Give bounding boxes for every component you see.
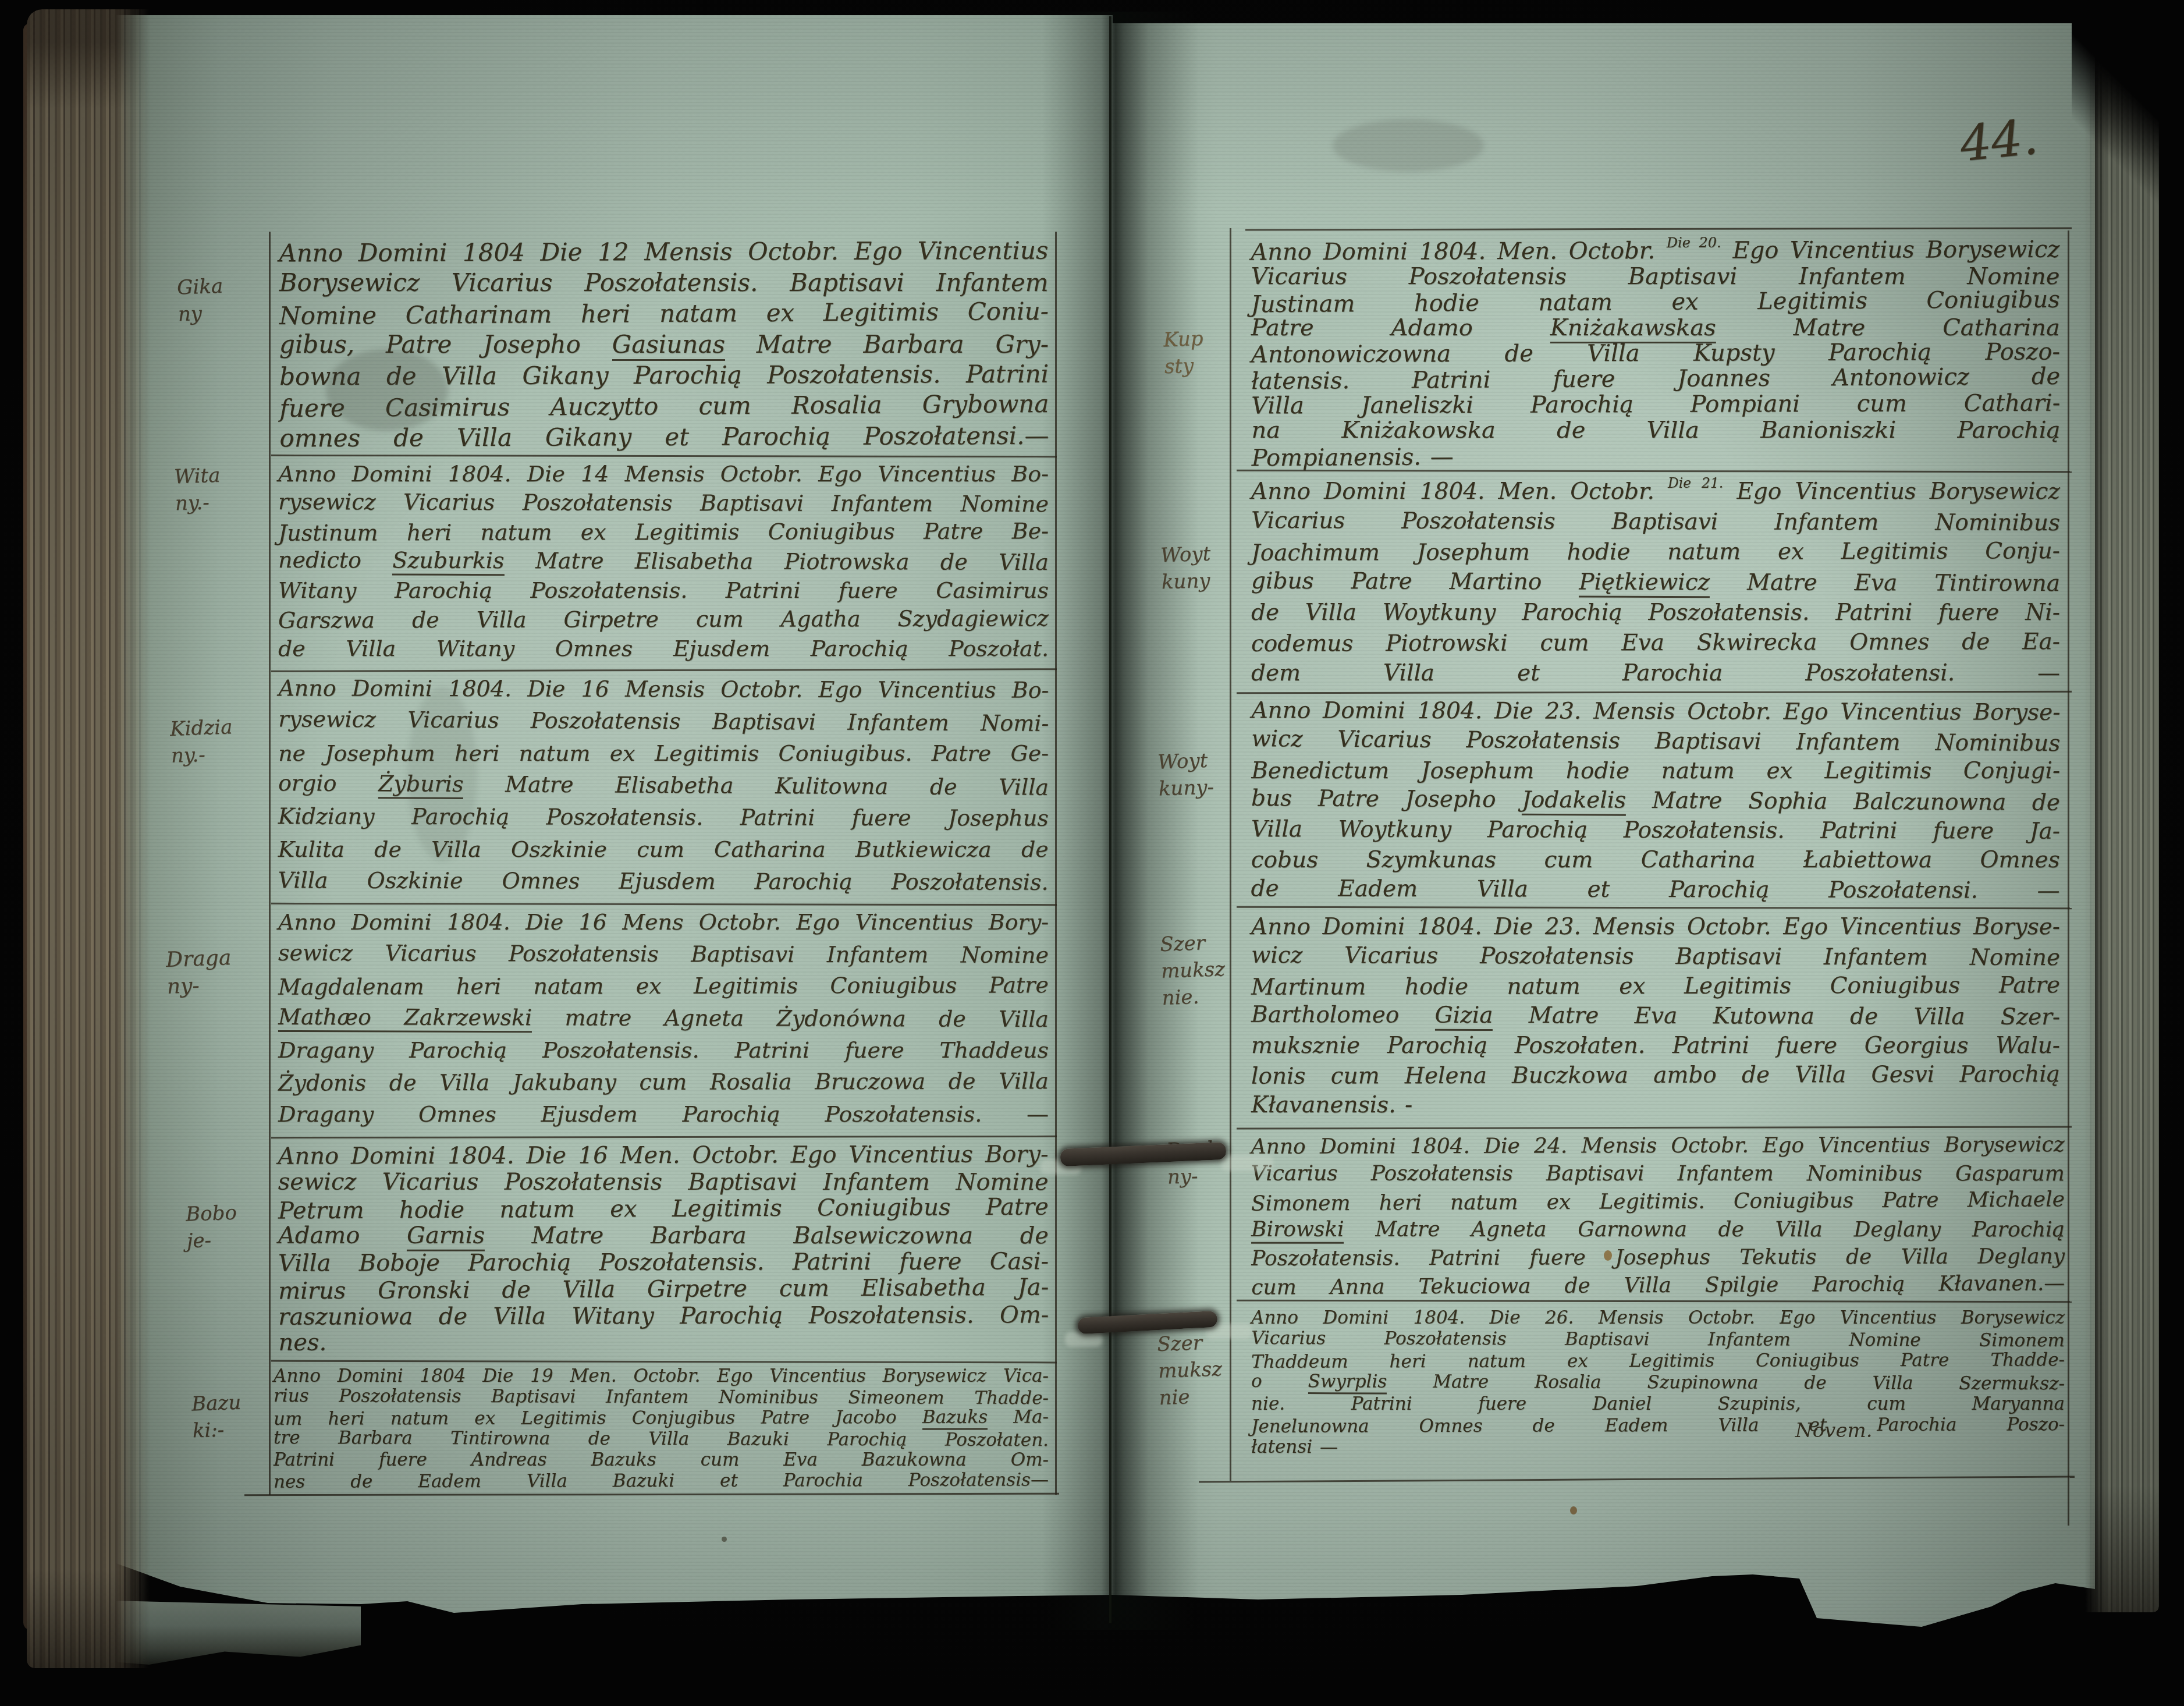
baptism-entry-right-3: Anno Domini 1804. Die 23. Mensis Octobr.… — [1251, 697, 2061, 907]
page-number: 44. — [1957, 108, 2040, 172]
manuscript-line: Magdalenam heri natam ex Legitimis Coniu… — [278, 972, 1049, 1006]
manuscript-line: Poszołatensis. Patrini fuere Josephus Te… — [1251, 1244, 2065, 1275]
manuscript-line: Anno Domini 1804. Men. Octobr. Die 20. E… — [1251, 236, 2059, 265]
manuscript-line: tre Barbara Tintirowna de Villa Bazuki P… — [274, 1427, 1049, 1450]
manuscript-line: Woyt — [1157, 747, 1213, 775]
margin-label-woytkuny-1: Woytkuny — [1160, 541, 1212, 596]
margin-label-dragany: Dragany- — [165, 945, 232, 1001]
left-page-right-rule — [1055, 232, 1057, 1495]
manuscript-line: Patre Adamo Kniżakawskas Matre Catharina — [1251, 314, 2060, 340]
manuscript-line: Anno Domini 1804. Die 16 Men. Octobr. Eg… — [278, 1141, 1049, 1169]
manuscript-line: Bartholomeo Gizia Matre Eva Kutowna de V… — [1251, 1002, 2060, 1034]
manuscript-line: wicz Vicarius Poszołatensis Baptisavi In… — [1251, 942, 2060, 974]
manuscript-line: Kidzia — [169, 714, 233, 743]
manuscript-line: Szer — [1160, 929, 1225, 958]
baptism-entry-right-6: Anno Domini 1804. Die 26. Mensis Octobr.… — [1251, 1307, 2065, 1458]
manuscript-line: ny — [177, 300, 224, 328]
manuscript-line: Witany Parochią Poszołatensis. Patrini f… — [278, 577, 1049, 607]
paper-tear — [1221, 1155, 1273, 1171]
manuscript-line: Mathæo Zakrzewski matre Agneta Żydonówna… — [278, 1004, 1049, 1038]
margin-label-szermuksznie-2: Szermuksznie — [1157, 1329, 1224, 1411]
manuscript-line: Kup — [1163, 325, 1203, 353]
left-page-margin-rule — [269, 232, 271, 1495]
manuscript-line: nie. Patrini fuere Daniel Szupinis, cum … — [1251, 1393, 2065, 1415]
manuscript-line: ny.- — [175, 489, 222, 517]
manuscript-line: Patrini fuere Andreas Bazuks cum Eva Baz… — [274, 1449, 1049, 1470]
manuscript-line: cum Anna Tekuciowa de Villa Spilgie Paro… — [1251, 1271, 2065, 1303]
manuscript-line: Anno Domini 1804. Die 23. Mensis Octobr.… — [1251, 914, 2060, 944]
baptism-entry-right-2: Anno Domini 1804. Men. Octobr. Die 21. E… — [1251, 478, 2060, 690]
margin-label-woytkuny-2: Woytkuny- — [1157, 747, 1214, 802]
manuscript-line: ny.- — [171, 740, 234, 769]
manuscript-line: Vicarius Poszołatensis Baptisavi Infante… — [1251, 263, 2060, 289]
manuscript-line: Villa Boboje Parochią Poszołatensis. Pat… — [278, 1248, 1049, 1276]
manuscript-line: sewicz Vicarius Poszołatensis Baptisavi … — [278, 940, 1049, 974]
manuscript-line: Gika — [176, 273, 223, 302]
manuscript-line: Dragany Parochią Poszołatensis. Patrini … — [278, 1037, 1049, 1069]
foxing-speck — [722, 1537, 727, 1542]
manuscript-line: Thaddeum heri natum ex Legitimis Coniugi… — [1251, 1349, 2065, 1373]
manuscript-line: Vicarius Poszołatensis Baptisavi Infante… — [1251, 508, 2060, 540]
manuscript-line: Anno Domini 1804. Die 16 Mensis Octobr. … — [278, 675, 1049, 709]
manuscript-line: ny- — [1167, 1162, 1226, 1190]
manuscript-line: Anno Domini 1804. Die 14 Mensis Octobr. … — [278, 461, 1049, 490]
manuscript-line: nes. — [278, 1329, 1049, 1357]
manuscript-line: Borysewicz Vicarius Poszołatensis. Bapti… — [279, 268, 1049, 299]
margin-label-szermuksznie-1: Szermuksznie. — [1160, 929, 1227, 1012]
manuscript-line: Kidziany Parochią Poszołatensis. Patrini… — [278, 803, 1049, 837]
baptism-entry-right-1: Anno Domini 1804. Men. Octobr. Die 20. E… — [1251, 236, 2060, 470]
gutter-crease — [1109, 16, 1111, 1623]
page-edge-stack-left — [27, 9, 150, 1668]
manuscript-line: Vicarius Poszołatensis Baptisavi Infante… — [1251, 1162, 2065, 1190]
manuscript-line: rius Poszołatensis Baptisavi Infantem No… — [274, 1385, 1049, 1409]
scanned-register-spread: Gikany Witany.- Kidziany.- Dragany- Bobo… — [0, 0, 2184, 1706]
manuscript-line: łatensi — — [1251, 1437, 2065, 1458]
manuscript-line: Villa Woytkuny Parochią Poszołatensis. P… — [1251, 816, 2060, 848]
manuscript-line: kuny — [1161, 568, 1212, 596]
manuscript-line: de Villa Witany Omnes Ejusdem Parochią P… — [278, 636, 1049, 665]
manuscript-line: Anno Domini 1804. Die 26. Mensis Octobr.… — [1251, 1307, 2065, 1329]
manuscript-line: Martinum hodie natum ex Legitimis Coniug… — [1251, 972, 2060, 1004]
manuscript-line: orgio Żyburis Matre Elisabetha Kulitowna… — [278, 770, 1049, 807]
manuscript-line: raszuniowa de Villa Witany Parochią Posz… — [278, 1301, 1049, 1330]
margin-label-bazuki: Bazuki:- — [191, 1389, 242, 1445]
manuscript-line: je- — [186, 1226, 238, 1255]
manuscript-line: Joachimum Josephum hodie natum ex Legiti… — [1251, 538, 2060, 570]
manuscript-line: muksznie Parochią Poszołaten. Patrini fu… — [1251, 1033, 2060, 1062]
margin-label-kidziany: Kidziany.- — [169, 714, 233, 769]
ink-smudge — [407, 687, 477, 861]
baptism-entry-right-4: Anno Domini 1804. Die 23. Mensis Octobr.… — [1251, 914, 2060, 1122]
manuscript-line: Kulita de Villa Oszkinie cum Catharina B… — [278, 836, 1049, 868]
margin-label-kupsty: Kupsty — [1163, 325, 1204, 380]
margin-label-boboje: Boboje- — [185, 1199, 238, 1254]
manuscript-line: Birowski Matre Agneta Garnowna de Villa … — [1251, 1218, 2065, 1246]
manuscript-line: na Kniżakowska de Villa Banioniszki Paro… — [1251, 417, 2060, 442]
margin-label-gikany: Gikany — [176, 273, 224, 328]
manuscript-line: Anno Domini 1804. Die 23. Mensis Octobr.… — [1251, 697, 2060, 729]
manuscript-line: kuny- — [1158, 774, 1214, 802]
manuscript-line: de Villa Woytkuny Parochią Poszołatensis… — [1251, 600, 2060, 630]
manuscript-line: nedicto Szuburkis Matre Elisabetha Piotr… — [278, 547, 1049, 579]
manuscript-line: ne Josephum heri natum ex Legitimis Coni… — [278, 740, 1049, 772]
manuscript-line: muksz — [1160, 956, 1226, 984]
manuscript-line: nie. — [1162, 983, 1227, 1012]
manuscript-line: ki:- — [192, 1416, 242, 1445]
manuscript-line: Nomine Catharinam heri natam ex Legitimi… — [279, 297, 1049, 332]
manuscript-line: ny- — [166, 971, 232, 1001]
manuscript-line: de Eadem Villa et Parochią Poszołatensi.… — [1251, 875, 2060, 907]
manuscript-line: rysewicz Vicarius Poszołatensis Baptisav… — [278, 706, 1049, 743]
baptism-entry-right-5: Anno Domini 1804. Die 24. Mensis Octobr.… — [1251, 1133, 2065, 1303]
manuscript-line: Petrum hodie natum ex Legitimis Coniugib… — [278, 1194, 1049, 1225]
manuscript-line: Dragany Omnes Ejusdem Parochią Poszołate… — [278, 1101, 1049, 1133]
manuscript-line: Wita — [173, 462, 221, 491]
manuscript-line: lonis cum Helena Buczkowa ambo de Villa … — [1251, 1061, 2060, 1093]
manuscript-line: Draga — [165, 945, 232, 974]
baptism-entry-left-5: Anno Domini 1804. Die 16 Men. Octobr. Eg… — [278, 1141, 1049, 1357]
manuscript-line: Justinum heri natum ex Legitimis Coniugi… — [278, 518, 1049, 549]
manuscript-line: Jenelunowna Omnes de Eadem Villa et Paro… — [1251, 1414, 2065, 1438]
manuscript-line: wicz Vicarius Poszołatensis Baptisavi In… — [1251, 726, 2060, 760]
manuscript-line: Anno Domini 1804. Men. Octobr. Die 21. E… — [1251, 478, 2060, 509]
manuscript-line: Vicarius Poszołatensis Baptisavi Infante… — [1251, 1328, 2065, 1352]
manuscript-line: Anno Domini 1804. Die 24. Mensis Octobr.… — [1251, 1133, 2065, 1163]
manuscript-line: Kłavanensis. - — [1251, 1092, 2060, 1122]
baptism-entry-left-3: Anno Domini 1804. Die 16 Mensis Octobr. … — [278, 675, 1049, 901]
manuscript-line: rysewicz Vicarius Poszołatensis Baptisav… — [278, 489, 1049, 520]
manuscript-line: Villa Oszkinie Omnes Ejusdem Parochią Po… — [278, 867, 1048, 901]
manuscript-line: Adamo Garnis Matre Barbara Balsewiczowna… — [278, 1222, 1049, 1250]
manuscript-line: Pompianensis. — — [1251, 440, 2060, 470]
catchword-novem: Novem. — [1795, 1419, 1873, 1442]
manuscript-line: um heri natum ex Legitimis Conjugibus Pa… — [274, 1406, 1049, 1429]
manuscript-line: Simonem heri natum ex Legitimis. Coniugi… — [1251, 1187, 2065, 1219]
margin-label-witany: Witany.- — [173, 462, 221, 517]
manuscript-line: nes de Eadem Villa Bazuki et Parochia Po… — [274, 1469, 1049, 1492]
manuscript-line: dem Villa et Parochia Poszołatensi. — — [1251, 660, 2060, 690]
manuscript-line: Benedictum Josephum hodie natum ex Legit… — [1251, 758, 2060, 788]
right-page-margin-rule — [1230, 228, 1231, 1481]
manuscript-line: bus Patre Josepho Jodakelis Matre Sophia… — [1251, 785, 2060, 820]
manuscript-line: Bobo — [185, 1199, 237, 1228]
curled-corner-shadow — [2072, 12, 2184, 256]
manuscript-line: gibus Patre Martino Piętkiewicz Matre Ev… — [1251, 568, 2060, 601]
manuscript-line: Bazu — [191, 1389, 242, 1418]
foxing-speck — [1570, 1506, 1577, 1515]
manuscript-line: Woyt — [1160, 541, 1211, 569]
manuscript-line: Żydonis de Villa Jakubany cum Rosalia Br… — [278, 1068, 1049, 1102]
baptism-entry-left-2: Anno Domini 1804. Die 14 Mensis Octobr. … — [278, 461, 1049, 665]
baptism-entry-left-4: Anno Domini 1804. Die 16 Mens Octobr. Eg… — [278, 909, 1049, 1133]
manuscript-line: codemus Piotrowski cum Eva Skwirecka Omn… — [1251, 629, 2060, 661]
manuscript-line: mirus Gronski de Villa Girpetre cum Elis… — [278, 1274, 1049, 1305]
manuscript-line: o Swyrplis Matre Rosalia Szupinowna de V… — [1251, 1371, 2065, 1395]
manuscript-line: Justinam hodie natam ex Legitimis Coniug… — [1251, 286, 2060, 317]
manuscript-line: Anno Domini 1804 Die 19 Men. Octobr. Ego… — [274, 1365, 1049, 1386]
ink-smudge — [1333, 119, 1484, 172]
manuscript-line: łatensis. Patrini fuere Joannes Antonowi… — [1251, 363, 2060, 393]
manuscript-line: muksz — [1157, 1356, 1223, 1384]
page-edge-stack-right — [2084, 34, 2159, 1612]
right-page-right-rule — [2068, 230, 2069, 1526]
manuscript-line: cobus Szymkunas cum Catharina Łabiettowa… — [1251, 847, 2060, 877]
foxing-speck — [1604, 1250, 1612, 1261]
manuscript-line: sty — [1164, 352, 1205, 380]
manuscript-line: Garszwa de Villa Girpetre cum Agatha Szy… — [278, 605, 1049, 636]
manuscript-line: sewicz Vicarius Poszołatensis Baptisavi … — [278, 1169, 1049, 1196]
manuscript-line: Anno Domini 1804. Die 16 Mens Octobr. Eg… — [278, 909, 1049, 941]
manuscript-line: Anno Domini 1804 Die 12 Mensis Octobr. E… — [279, 236, 1048, 270]
baptism-entry-left-6: Anno Domini 1804 Die 19 Men. Octobr. Ego… — [274, 1365, 1049, 1491]
ink-smudge — [326, 349, 448, 431]
paper-tear — [1065, 1332, 1102, 1347]
manuscript-line: nie — [1159, 1382, 1224, 1411]
